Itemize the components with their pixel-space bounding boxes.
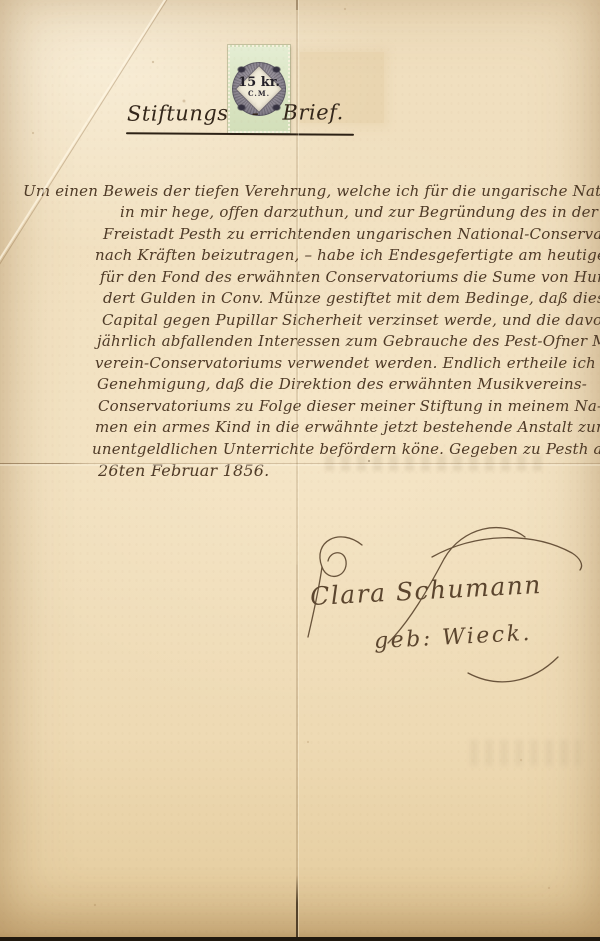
vertical-fold-highlight bbox=[298, 0, 299, 941]
stamp-ornament-icon bbox=[237, 66, 246, 73]
stamp-currency: C.M. bbox=[232, 90, 286, 98]
document-title: Stiftungs - Brief. bbox=[127, 100, 344, 126]
body-line: Freistadt Pesth zu errichtenden ungarisc… bbox=[103, 224, 600, 245]
body-line: für den Fond des erwähnten Conservatoriu… bbox=[100, 267, 600, 288]
body-line: nach Kräften beizutragen, – habe ich End… bbox=[95, 245, 600, 266]
body-line: men ein armes Kind in die erwähnte jetzt… bbox=[95, 417, 600, 438]
body-line: Genehmigung, daß die Direktion des erwäh… bbox=[97, 374, 587, 395]
stamp-denomination: 15 kr. bbox=[232, 76, 286, 90]
letter-photo: 15 kr. C.M. Stiftungs - Brief. Um einen … bbox=[0, 0, 600, 941]
stamp-text: 15 kr. C.M. bbox=[232, 76, 286, 98]
photo-bottom-edge bbox=[0, 937, 600, 941]
body-line: Um einen Beweis der tiefen Verehrung, we… bbox=[23, 181, 600, 202]
body-line: in mir hege, offen darzuthun, und zur Be… bbox=[120, 202, 600, 223]
body-line: verein-Conservatoriums verwendet werden.… bbox=[95, 353, 600, 374]
verso-show-through bbox=[470, 740, 580, 766]
horizontal-fold-highlight bbox=[0, 464, 600, 466]
body-line: dert Gulden in Conv. Münze gestiftet mit… bbox=[103, 288, 600, 309]
body-line: Capital gegen Pupillar Sicherheit verzin… bbox=[102, 310, 600, 331]
body-line: unentgeldlichen Unterrichte befördern kö… bbox=[92, 439, 600, 460]
title-underline bbox=[126, 132, 354, 136]
body-line: jährlich abfallenden Interessen zum Gebr… bbox=[97, 331, 600, 352]
body-line: Conservatoriums zu Folge dieser meiner S… bbox=[98, 396, 600, 417]
stamp-ornament-icon bbox=[272, 66, 281, 73]
